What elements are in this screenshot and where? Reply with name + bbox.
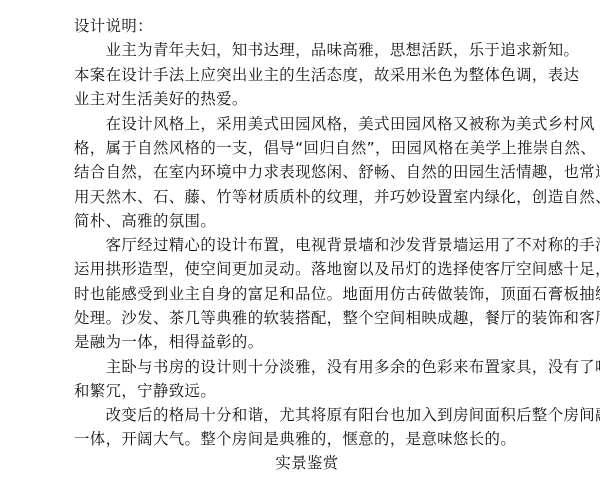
paragraph-line: 在设计风格上，采用美式田园风格，美式田园风格又被称为美式乡村风 bbox=[74, 114, 595, 134]
document-heading: 设计说明： bbox=[74, 16, 153, 36]
paragraph-line: 客厅经过精心的设计布置，电视背景墙和沙发背景墙运用了不对称的手法， bbox=[74, 235, 600, 255]
paragraph-line: 本案在设计手法上应突出业主的生活态度，故采用米色为整体色调，表达 bbox=[74, 65, 579, 85]
paragraph-line: 改变后的格局十分和谐，尤其将原有阳台也加入到房间面积后整个房间融为 bbox=[74, 405, 600, 425]
paragraph-line: 是融为一体，相得益彰的。 bbox=[74, 332, 264, 352]
design-description-document: 设计说明： 业主为青年夫妇，知书达理，品味高雅，思想活跃，乐于追求新知。 本案在… bbox=[0, 0, 600, 478]
paragraph-line: 业主为青年夫妇，知书达理，品味高雅，思想活跃，乐于追求新知。 bbox=[74, 40, 579, 60]
paragraph-line: 简朴、高雅的氛围。 bbox=[74, 211, 216, 231]
photo-section-caption: 实景鉴赏 bbox=[0, 453, 600, 473]
paragraph-line: 处理。沙发、茶几等典雅的软装搭配，整个空间相映成趣，餐厅的装饰和客厅也 bbox=[74, 308, 600, 328]
paragraph-line: 和繁冗，宁静致远。 bbox=[74, 381, 216, 401]
paragraph-line: 运用拱形造型，使空间更加灵动。落地窗以及吊灯的选择使客厅空间感十足，同 bbox=[74, 259, 600, 279]
paragraph-line: 业主对生活美好的热爱。 bbox=[74, 89, 248, 109]
paragraph-line: 一体，开阔大气。整个房间是典雅的，惬意的，是意味悠长的。 bbox=[74, 429, 516, 449]
paragraph-line: 时也能感受到业主自身的富足和品位。地面用仿古砖做装饰，顶面石膏板抽缝的 bbox=[74, 284, 600, 304]
paragraph-line: 用天然木、石、藤、竹等材质质朴的纹理，并巧妙设置室内绿化，创造自然、 bbox=[74, 187, 600, 207]
paragraph-line: 结合自然，在室内环境中力求表现悠闲、舒畅、自然的田园生活情趣，也常运 bbox=[74, 162, 600, 182]
paragraph-line: 主卧与书房的设计则十分淡雅，没有用多余的色彩来布置家具，没有了喧嚣 bbox=[74, 357, 600, 377]
paragraph-line: 格，属于自然风格的一支，倡导“回归自然”，田园风格在美学上推崇自然、 bbox=[74, 138, 596, 158]
